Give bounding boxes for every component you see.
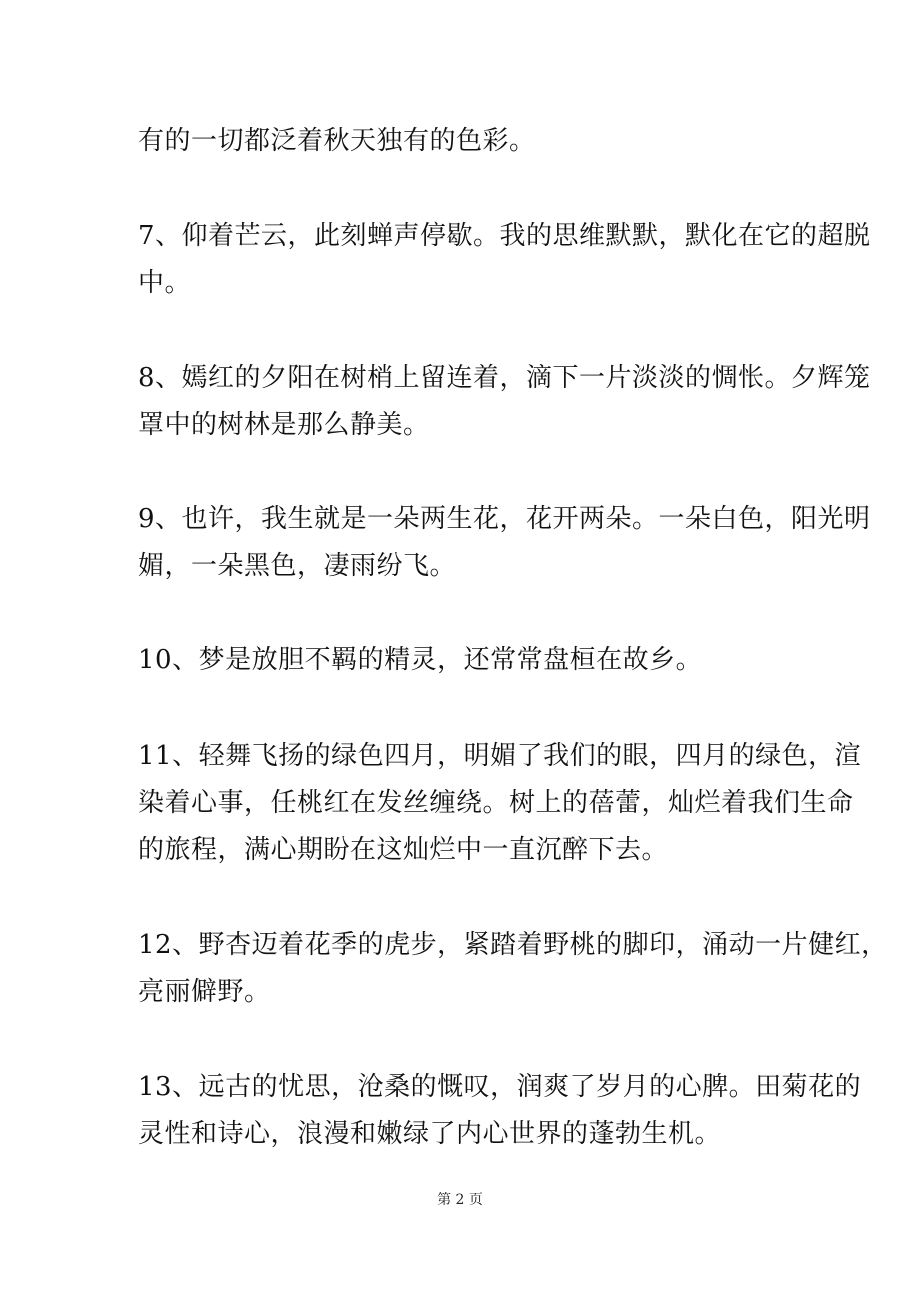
paragraph-line: 11、轻舞飞扬的绿色四月，明媚了我们的眼，四月的绿色，渲	[138, 741, 788, 771]
paragraph-line: 亮丽僻野。	[138, 977, 788, 1007]
paragraph-line: 8、嫣红的夕阳在树梢上留连着，滴下一片淡淡的惆怅。夕辉笼	[138, 363, 788, 393]
paragraph-line: 媚，一朵黑色，凄雨纷飞。	[138, 551, 788, 581]
paragraph-line: 染着心事，任桃红在发丝缠绕。树上的蓓蕾，灿烂着我们生命	[138, 788, 788, 818]
paragraph-line: 罩中的树林是那么静美。	[138, 410, 788, 440]
paragraph-line: 有的一切都泛着秋天独有的色彩。	[138, 126, 788, 156]
paragraph-line: 12、野杏迈着花季的虎步，紧踏着野桃的脚印，涌动一片健红，	[138, 930, 788, 960]
paragraph-line: 灵性和诗心，浪漫和嫩绿了内心世界的蓬勃生机。	[138, 1119, 788, 1149]
paragraph-line: 9、也许，我生就是一朵两生花，花开两朵。一朵白色，阳光明	[138, 504, 788, 534]
document-page: 有的一切都泛着秋天独有的色彩。 7、仰着芒云，此刻蝉声停歇。我的思维默默，默化在…	[0, 0, 920, 1302]
paragraph-line: 10、梦是放胆不羁的精灵，还常常盘桓在故乡。	[138, 645, 788, 675]
paragraph-line: 中。	[138, 268, 788, 298]
paragraph-line: 7、仰着芒云，此刻蝉声停歇。我的思维默默，默化在它的超脱	[138, 221, 788, 251]
paragraph-line: 的旅程，满心期盼在这灿烂中一直沉醉下去。	[138, 835, 788, 865]
page-number: 第 2 页	[0, 1190, 920, 1210]
paragraph-line: 13、远古的忧思，沧桑的慨叹，润爽了岁月的心脾。田菊花的	[138, 1072, 788, 1102]
